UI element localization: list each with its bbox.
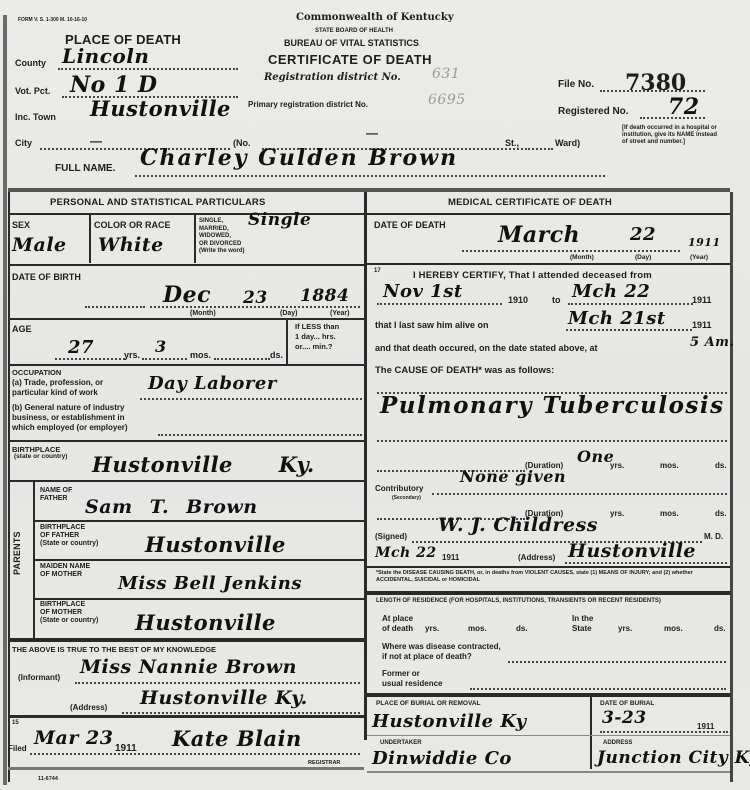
- attended-to-year: 1911: [692, 295, 712, 305]
- burial-year: 1911: [697, 722, 714, 731]
- item-number: 15: [12, 720, 19, 726]
- certificate-title: CERTIFICATE OF DEATH: [268, 52, 432, 67]
- residence-title: LENGTH OF RESIDENCE (FOR HOSPITALS, INST…: [376, 598, 726, 605]
- race-label: COLOR OR RACE: [94, 220, 171, 230]
- signed-date: Mch 22: [375, 545, 437, 561]
- burial-place-label: PLACE OF BURIAL OR REMOVAL: [376, 700, 480, 707]
- duration2-mos: mos.: [660, 509, 679, 518]
- at-place-yrs: yrs.: [425, 624, 439, 633]
- race-value: White: [98, 234, 164, 256]
- occupation-b-label: (b) General nature of industry business,…: [12, 403, 128, 433]
- signed-address-label: (Address): [518, 553, 555, 562]
- mother-maiden-value: Miss Bell Jenkins: [118, 573, 302, 594]
- sex-value: Male: [12, 234, 67, 256]
- parents-label: PARENTS: [12, 531, 22, 575]
- inc-town-label: Inc. Town: [15, 112, 56, 122]
- commonwealth-title: Commonwealth of Kentucky: [296, 12, 454, 23]
- age-mos-label: mos.: [190, 350, 211, 360]
- hospital-note: [If death occurred in a hospital or inst…: [622, 125, 717, 146]
- at-place-label: At place of death: [382, 614, 413, 634]
- dod-year-caption: (Year): [690, 254, 708, 261]
- occupation-label: OCCUPATION: [12, 368, 61, 377]
- dod-month: March: [498, 222, 580, 248]
- filed-date: Mar 23: [34, 727, 113, 749]
- signed-year: 1911: [442, 553, 459, 562]
- less-than-day: If LESS than 1 day... hrs. or.... min.?: [295, 322, 339, 352]
- cause-label: The CAUSE OF DEATH* was as follows:: [375, 365, 554, 376]
- county-value: Lincoln: [62, 44, 149, 68]
- age-yrs-label: yrs.: [124, 350, 140, 360]
- registration-district-value: 631: [432, 66, 460, 82]
- day-caption: (Day): [280, 310, 298, 317]
- burial-place-value: Hustonville Ky: [372, 711, 527, 732]
- father-name-label: NAME OF FATHER: [40, 487, 72, 503]
- md-label: M. D.: [704, 532, 723, 541]
- at-place-mos: mos.: [468, 624, 487, 633]
- dob-year: 1884: [300, 286, 349, 306]
- bureau-label: BUREAU OF VITAL STATISTICS: [284, 38, 419, 48]
- registration-district-label: Registration district No.: [264, 72, 401, 83]
- page-edge: [3, 15, 7, 785]
- in-state-label: In the State: [572, 614, 593, 634]
- marital-label: SINGLE, MARRIED, WIDOWED, OR DIVORCED (W…: [199, 218, 245, 256]
- birthplace-value: Hustonville Ky.: [92, 452, 315, 477]
- file-no-value: 7380: [625, 70, 686, 96]
- dob-month: Dec: [163, 282, 211, 308]
- dod-day: 22: [630, 224, 656, 245]
- in-state-yrs: yrs.: [618, 624, 632, 633]
- registered-no-value: 72: [668, 94, 700, 120]
- primary-registration-label: Primary registration district No.: [248, 100, 368, 109]
- informant-heading: THE ABOVE IS TRUE TO THE BEST OF MY KNOW…: [12, 645, 216, 654]
- st-label: St.,: [505, 138, 519, 148]
- attended-to: Mch 22: [572, 281, 650, 302]
- footer-code: 11-6744: [38, 776, 58, 782]
- city-label: City: [15, 138, 32, 148]
- ward-label: Ward): [555, 138, 580, 148]
- vot-pct-value: No 1 D: [70, 72, 158, 98]
- duration-mos: mos.: [660, 461, 679, 470]
- death-time-text: and that death occured, on the date stat…: [375, 343, 598, 353]
- age-label: AGE: [12, 324, 32, 334]
- duration2-yrs: yrs.: [610, 509, 624, 518]
- undertaker-label: UNDERTAKER: [380, 740, 422, 746]
- undertaker-value: Dinwiddie Co: [372, 748, 512, 769]
- to-label: to: [552, 295, 561, 305]
- year-caption: (Year): [330, 310, 349, 317]
- signed-address-value: Hustonville: [568, 540, 696, 562]
- mother-birthplace-label: BIRTHPLACE OF MOTHER (State or country): [40, 601, 98, 625]
- cause-value: Pulmonary Tuberculosis: [380, 392, 725, 419]
- certify-text: I HEREBY CERTIFY, That I attended deceas…: [413, 270, 652, 281]
- in-state-mos: mos.: [664, 624, 683, 633]
- contributory-value: None given: [460, 467, 566, 486]
- informant-label: (Informant): [18, 673, 60, 682]
- dod-month-caption: (Month): [570, 254, 594, 261]
- dod-year: 1911: [688, 236, 721, 249]
- father-birthplace-value: Hustonville: [145, 532, 286, 557]
- mother-maiden-label: MAIDEN NAME OF MOTHER: [40, 563, 90, 579]
- no-value: —: [366, 126, 378, 140]
- informant-address-label: (Address): [70, 703, 107, 712]
- last-saw-value: Mch 21st: [568, 308, 666, 329]
- in-state-ds: ds.: [714, 624, 726, 633]
- marital-value: Single: [248, 210, 311, 230]
- age-ds-label: ds.: [270, 350, 283, 360]
- duration-value: One: [577, 447, 614, 466]
- former-residence-label: Former or usual residence: [382, 669, 442, 689]
- occupation-value: Day Laborer: [148, 373, 277, 394]
- mother-birthplace-value: Hustonville: [135, 610, 276, 635]
- contributory-label: Contributory: [375, 484, 423, 493]
- dob-day: 23: [243, 288, 268, 308]
- burial-date-label: DATE OF BURIAL: [600, 700, 654, 707]
- registrar-label: REGISTRAR: [308, 760, 340, 766]
- death-certificate: FORM V. S. 1-300 M. 10-16-10 PLACE OF DE…: [0, 0, 750, 790]
- registrar-signature: Kate Blain: [172, 726, 302, 751]
- cause-footnote: *State the DISEASE CAUSING DEATH, or, in…: [376, 570, 726, 584]
- at-place-ds: ds.: [516, 624, 528, 633]
- primary-registration-value: 6695: [428, 92, 466, 108]
- last-saw-text: that I last saw him alive on: [375, 320, 489, 330]
- date-of-death-label: DATE OF DEATH: [374, 220, 446, 230]
- duration-ds: ds.: [715, 461, 727, 470]
- attended-from-year: 1910: [508, 295, 528, 305]
- contracted-label: Where was disease contracted, if not at …: [382, 642, 501, 662]
- file-no-label: File No.: [558, 79, 594, 90]
- sex-label: SEX: [12, 220, 30, 230]
- full-name-value: Charley Gulden Brown: [140, 145, 458, 171]
- secondary-label: (Secondary): [392, 495, 421, 501]
- inc-town-value: Hustonville: [90, 96, 231, 121]
- age-months: 3: [155, 337, 167, 356]
- personal-section-title: PERSONAL AND STATISTICAL PARTICULARS: [50, 197, 266, 208]
- item-number: 17: [374, 268, 381, 274]
- occupation-a-label: (a) Trade, profession, or particular kin…: [12, 378, 103, 398]
- undertaker-address-value: Junction City Ky: [597, 748, 750, 768]
- form-code: FORM V. S. 1-300 M. 10-16-10: [18, 17, 87, 23]
- informant-address-value: Hustonville Ky.: [140, 687, 308, 709]
- burial-date-value: 3-23: [602, 708, 647, 728]
- last-saw-year: 1911: [692, 320, 712, 330]
- full-name-label: FULL NAME.: [55, 163, 115, 174]
- signed-value: W. J. Childress: [438, 514, 598, 536]
- death-time-value: 5 Am.: [690, 335, 734, 350]
- signed-label: (Signed): [375, 532, 407, 541]
- father-birthplace-label: BIRTHPLACE OF FATHER (State or country): [40, 524, 98, 548]
- city-value: —: [90, 134, 102, 148]
- filed-label: Filed: [8, 744, 27, 753]
- undertaker-address-label: ADDRESS: [603, 740, 632, 746]
- attended-from: Nov 1st: [383, 281, 463, 302]
- vot-pct-label: Vot. Pct.: [15, 86, 50, 96]
- dod-day-caption: (Day): [635, 254, 651, 261]
- county-label: County: [15, 58, 46, 68]
- filed-year: 1911: [115, 743, 137, 754]
- month-caption: (Month): [190, 310, 216, 317]
- medical-section-title: MEDICAL CERTIFICATE OF DEATH: [448, 197, 612, 208]
- father-name-value: Sam T. Brown: [85, 496, 258, 518]
- registered-no-label: Registered No.: [558, 106, 629, 117]
- birthplace-sub: (state or country): [14, 453, 67, 460]
- dob-label: DATE OF BIRTH: [12, 272, 81, 282]
- duration2-ds: ds.: [715, 509, 727, 518]
- state-board-label: STATE BOARD OF HEALTH: [315, 28, 393, 34]
- duration-yrs: yrs.: [610, 461, 624, 470]
- informant-value: Miss Nannie Brown: [80, 656, 297, 678]
- age-years: 27: [68, 337, 94, 358]
